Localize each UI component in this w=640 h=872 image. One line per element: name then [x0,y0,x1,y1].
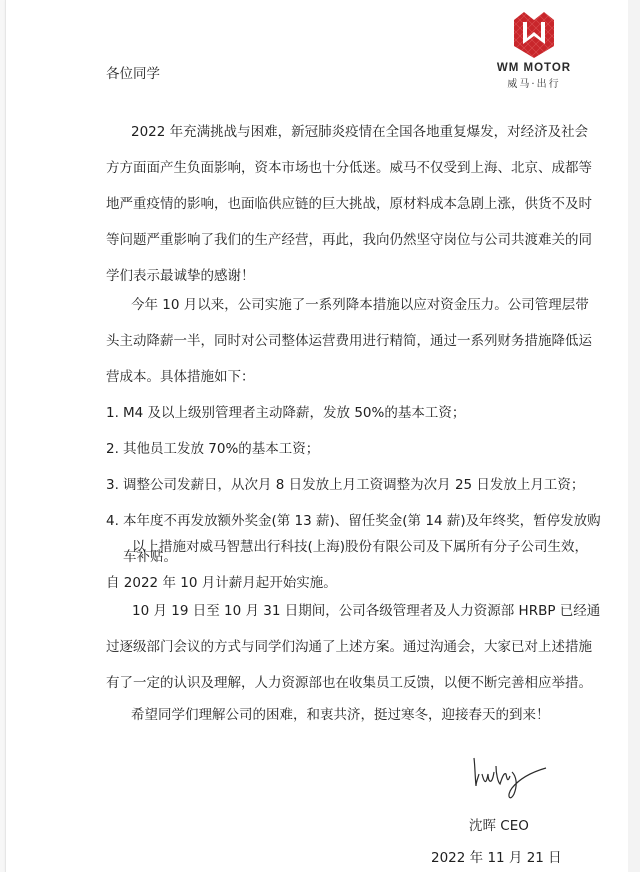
list-item: 本年度不再发放额外奖金(第 13 薪)、留任奖金(第 14 薪)及年终奖，暂停发… [123,513,601,529]
brand-name-en: WM MOTOR [494,62,574,74]
list-item: 其他员工发放 70%的基本工资； [123,441,319,457]
paragraph-3-line: 以上措施对威马智慧出行科技(上海)股份有限公司及下属所有分子公司生效， [132,539,588,555]
wm-motor-logo: WM MOTOR 威马·出行 [494,8,574,90]
paragraph-2-line: 今年 10 月以来，公司实施了一系列降本措施以应对资金压力。公司管理层带 [131,297,589,313]
paragraph-4-line: 过逐级部门会议的方式与同学们沟通了上述方案。通过沟通会，大家已对上述措施 [106,639,592,655]
handwritten-signature-icon [466,752,576,816]
paragraph-4-line: 10 月 19 日至 10 月 31 日期间，公司各级管理者及人力资源部 HRB… [132,603,600,619]
brand-name-cn: 威马·出行 [494,75,574,90]
list-item: M4 及以上级别管理者主动降薪，发放 50%的基本工资； [123,405,465,421]
paragraph-1-line: 地严重疫情的影响，也面临供应链的巨大挑战，原材料成本急剧上涨，供货不及时 [106,196,592,212]
paragraph-3-line: 自 2022 年 10 月计薪月起开始实施。 [106,575,337,591]
paragraph-1-line: 方方面面产生负面影响，资本市场也十分低迷。威马不仅受到上海、北京、成都等 [106,160,592,176]
salutation: 各位同学 [106,66,160,82]
list-item-number: 1. [106,405,119,421]
paragraph-2-line: 营成本。具体措施如下： [106,369,255,385]
list-item-number: 4. [106,513,119,529]
list-item-number: 2. [106,441,119,457]
list-item: 调整公司发薪日，从次月 8 日发放上月工资调整为次月 25 日发放上月工资； [123,477,584,493]
list-item-number: 3. [106,477,119,493]
paragraph-1-line: 等问题严重影响了我们的生产经营，再此，我向仍然坚守岗位与公司共渡难关的同 [106,232,592,248]
letter-page: WM MOTOR 威马·出行 各位同学 2022 年充满挑战与困难，新冠肺炎疫情… [5,0,630,872]
wm-logo-icon [508,8,560,60]
letter-date: 2022 年 11 月 21 日 [431,850,562,866]
paragraph-1-line: 学们表示最诚挚的感谢！ [106,268,255,284]
paragraph-5-line: 希望同学们理解公司的困难，和衷共济，挺过寒冬，迎接春天的到来！ [131,707,550,723]
paragraph-2-line: 头主动降薪一半，同时对公司整体运营费用进行精简，通过一系列财务措施降低运 [106,333,592,349]
page-edge [628,0,640,872]
paragraph-1-line: 2022 年充满挑战与困难，新冠肺炎疫情在全国各地重复爆发，对经济及社会 [131,124,588,140]
paragraph-4-line: 有了一定的认识及理解，人力资源部也在收集员工反馈，以便不断完善相应举措。 [106,675,592,691]
signatory-name-title: 沈晖 CEO [469,818,529,834]
